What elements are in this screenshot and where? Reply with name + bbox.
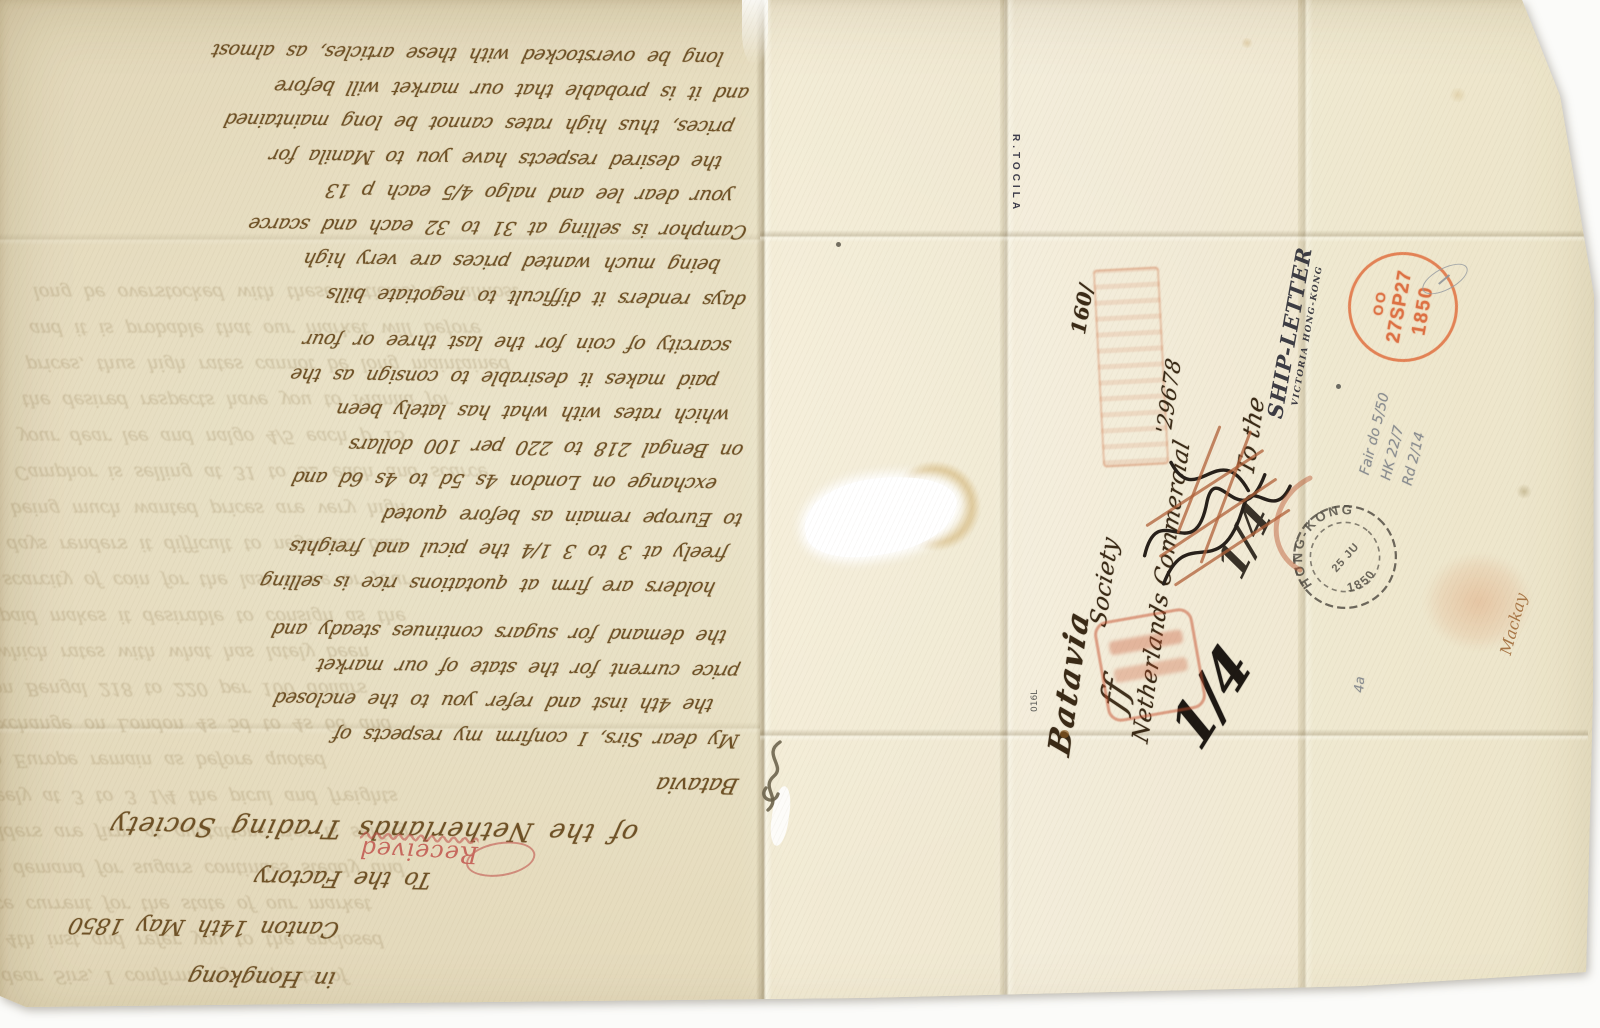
- red-boxed-paid-stamp: [1092, 606, 1208, 724]
- tan-stain: [1240, 38, 1254, 48]
- wax-wafer-remnant: [750, 736, 798, 816]
- pencil-dot: [1336, 384, 1341, 389]
- tiny-pencil-mark: 016L: [1030, 690, 1040, 712]
- red-datestamp-code: OO: [1369, 289, 1389, 317]
- svg-text:25 JU: 25 JU: [1330, 541, 1362, 575]
- letter-heading-block: in HongkongCanton 14th May 1850To the Fa…: [8, 748, 738, 1009]
- collector-mark: R.TOCILA: [1010, 134, 1021, 213]
- svg-text:1850: 1850: [1340, 561, 1379, 601]
- address-rate-160: 160/: [1066, 282, 1099, 336]
- letter-sheet: My dear Sirs, I confirm my respects ofth…: [0, 0, 1600, 1028]
- pencil-notes: Fair do 5/50HK 22/7Rd 2/14: [1354, 390, 1438, 488]
- vertical-fold-crease: [756, 0, 772, 1002]
- letter-body-block: My dear Sirs, I confirm my respects ofth…: [12, 30, 749, 757]
- red-crayon-arc: [1258, 468, 1330, 580]
- edge-tear-top: [742, 0, 768, 66]
- pencil-4a-mark: 4a: [1352, 676, 1368, 693]
- ink-spot: [1060, 730, 1069, 738]
- paper-shadow-wrap: My dear Sirs, I confirm my respects ofth…: [0, 0, 1600, 1028]
- ship-letter-handstamp: SHIP-LETTER VICTORIA HONG-KONG: [1262, 245, 1328, 423]
- tan-stain: [1448, 88, 1468, 102]
- tan-stain: [1516, 484, 1532, 499]
- scanned-letter-canvas: { "document": { "kind": "1850 folded ent…: [0, 0, 1600, 1028]
- dark-speck: [836, 242, 841, 247]
- address-city: Batavia: [1042, 605, 1097, 761]
- horizontal-fold-crease: [760, 230, 1590, 242]
- red-datestamp-1850: OO 27SP27 1850: [1339, 243, 1466, 370]
